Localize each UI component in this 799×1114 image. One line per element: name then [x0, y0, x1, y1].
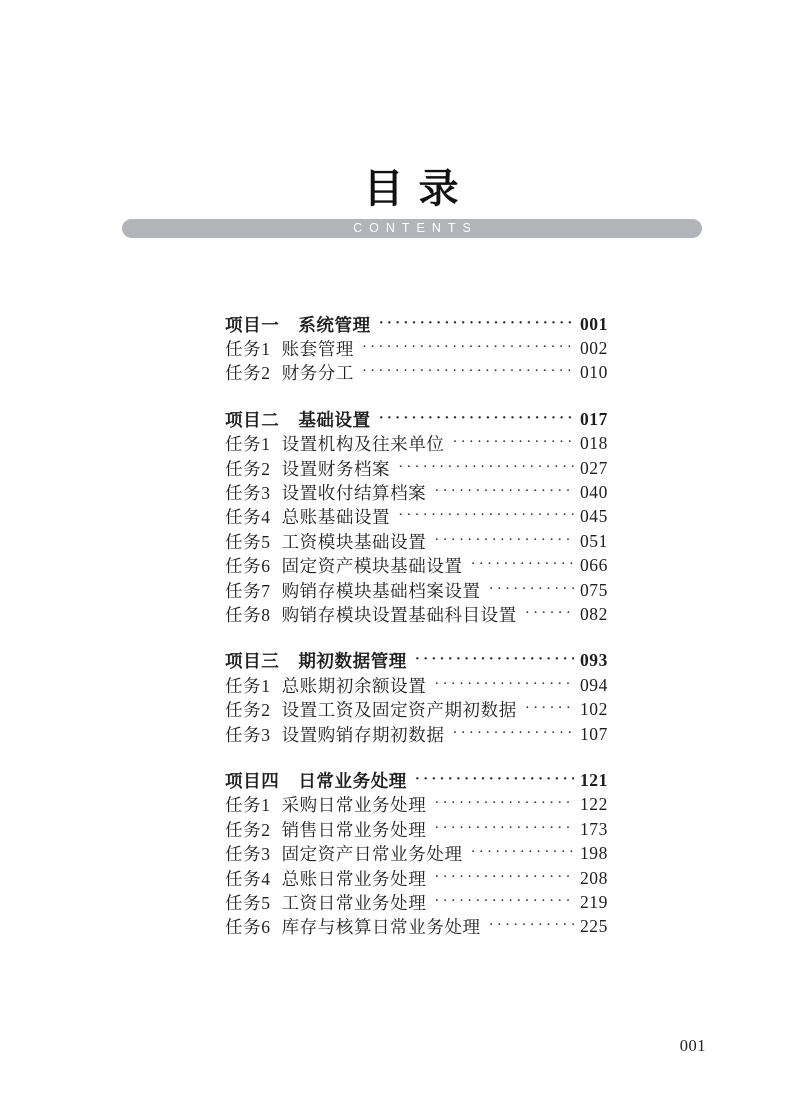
dot-leader: ········································… — [525, 606, 574, 621]
entry-page-number: 018 — [577, 433, 608, 454]
toc-item-row: 任务2财务分工·································… — [225, 361, 608, 385]
dot-leader: ········································… — [415, 772, 574, 787]
entry-title: 系统管理 — [298, 312, 370, 337]
contents-bar: CONTENTS — [122, 219, 702, 238]
dot-leader: ········································… — [398, 508, 574, 523]
entry-title: 总账期初余额设置 — [282, 673, 427, 698]
toc-item-row: 任务1采购日常业务处理·····························… — [225, 793, 608, 817]
toc-item-row: 任务3设置收付结算档案·····························… — [225, 480, 608, 504]
entry-page-number: 017 — [577, 409, 608, 430]
entry-page-number: 107 — [577, 724, 608, 745]
toc-item-row: 任务2设置财务档案·······························… — [225, 456, 608, 480]
entry-page-number: 225 — [577, 916, 608, 937]
entry-page-number: 051 — [577, 531, 608, 552]
entry-title: 总账基础设置 — [282, 504, 391, 529]
toc-item-row: 任务5工资日常业务处理·····························… — [225, 890, 608, 914]
dot-leader: ········································… — [434, 677, 574, 692]
entry-page-number: 219 — [577, 892, 608, 913]
entry-title: 基础设置 — [298, 407, 370, 432]
entry-page-number: 082 — [577, 604, 608, 625]
entry-page-number: 010 — [577, 362, 608, 383]
toc-item-row: 任务2销售日常业务处理·····························… — [225, 817, 608, 841]
dot-leader: ········································… — [434, 894, 574, 909]
page-title: 目 录 — [122, 166, 702, 212]
entry-title: 工资模块基础设置 — [282, 529, 427, 554]
entry-title: 购销存模块基础档案设置 — [282, 578, 481, 603]
entry-prefix: 任务2 — [225, 456, 271, 481]
entry-page-number: 001 — [577, 314, 608, 335]
toc-item-row: 任务5工资模块基础设置·····························… — [225, 529, 608, 553]
dot-leader: ········································… — [434, 484, 574, 499]
entry-title: 设置工资及固定资产期初数据 — [282, 697, 517, 722]
dot-leader: ········································… — [362, 364, 574, 379]
entry-title: 账套管理 — [282, 336, 354, 361]
entry-prefix: 项目四 — [225, 768, 279, 793]
entry-title: 固定资产日常业务处理 — [282, 841, 463, 866]
entry-page-number: 066 — [577, 555, 608, 576]
entry-title: 设置购销存期初数据 — [282, 722, 445, 747]
entry-prefix: 任务1 — [225, 336, 271, 361]
dot-leader: ········································… — [362, 340, 574, 355]
entry-title: 销售日常业务处理 — [282, 817, 427, 842]
entry-title: 设置收付结算档案 — [282, 480, 427, 505]
entry-prefix: 任务5 — [225, 529, 271, 554]
toc-header: 目 录 CONTENTS — [122, 166, 702, 238]
entry-prefix: 任务3 — [225, 722, 271, 747]
dot-leader: ········································… — [415, 652, 574, 667]
toc-item-row: 任务4总账基础设置·······························… — [225, 505, 608, 529]
dot-leader: ········································… — [434, 796, 574, 811]
toc-item-row: 任务7购销存模块基础档案设置··························… — [225, 578, 608, 602]
entry-page-number: 093 — [577, 650, 608, 671]
entry-title: 设置财务档案 — [282, 456, 391, 481]
entry-prefix: 任务3 — [225, 841, 271, 866]
dot-leader: ········································… — [452, 435, 574, 450]
dot-leader: ········································… — [471, 845, 574, 860]
entry-prefix: 任务6 — [225, 553, 271, 578]
toc-section: 项目四日常业务处理·······························… — [225, 768, 608, 939]
dot-leader: ········································… — [489, 582, 574, 597]
toc-section: 项目一系统管理·································… — [225, 312, 608, 385]
entry-prefix: 任务2 — [225, 817, 271, 842]
entry-page-number: 094 — [577, 675, 608, 696]
toc-heading-row: 项目四日常业务处理·······························… — [225, 768, 608, 792]
entry-prefix: 任务8 — [225, 602, 271, 627]
toc-section: 项目三期初数据管理·······························… — [225, 649, 608, 747]
entry-page-number: 075 — [577, 580, 608, 601]
entry-prefix: 任务1 — [225, 431, 271, 456]
entry-prefix: 任务5 — [225, 890, 271, 915]
entry-title: 日常业务处理 — [298, 768, 407, 793]
entry-page-number: 121 — [577, 770, 608, 791]
toc-heading-row: 项目二基础设置·································… — [225, 407, 608, 431]
entry-page-number: 102 — [577, 699, 608, 720]
dot-leader: ········································… — [379, 316, 574, 331]
entry-title: 总账日常业务处理 — [282, 866, 427, 891]
toc-heading-row: 项目三期初数据管理·······························… — [225, 649, 608, 673]
toc-item-row: 任务4总账日常业务处理·····························… — [225, 866, 608, 890]
entry-page-number: 198 — [577, 843, 608, 864]
entry-prefix: 任务1 — [225, 792, 271, 817]
page-number: 001 — [680, 1036, 706, 1056]
toc-item-row: 任务1总账期初余额设置·····························… — [225, 673, 608, 697]
entry-page-number: 045 — [577, 506, 608, 527]
entry-prefix: 项目二 — [225, 407, 279, 432]
entry-title: 期初数据管理 — [298, 648, 407, 673]
entry-prefix: 项目一 — [225, 312, 279, 337]
entry-title: 购销存模块设置基础科目设置 — [282, 602, 517, 627]
dot-leader: ········································… — [489, 918, 574, 933]
entry-title: 库存与核算日常业务处理 — [282, 914, 481, 939]
toc-item-row: 任务3设置购销存期初数据····························… — [225, 722, 608, 746]
dot-leader: ········································… — [434, 821, 574, 836]
dot-leader: ········································… — [379, 411, 574, 426]
toc-item-row: 任务2设置工资及固定资产期初数据························… — [225, 697, 608, 721]
entry-page-number: 208 — [577, 868, 608, 889]
entry-page-number: 173 — [577, 819, 608, 840]
entry-prefix: 任务1 — [225, 673, 271, 698]
entry-prefix: 任务7 — [225, 578, 271, 603]
entry-title: 设置机构及往来单位 — [282, 431, 445, 456]
toc-item-row: 任务1账套管理·································… — [225, 336, 608, 360]
toc-section: 项目二基础设置·································… — [225, 407, 608, 627]
entry-prefix: 任务2 — [225, 360, 271, 385]
toc-item-row: 任务1设置机构及往来单位····························… — [225, 432, 608, 456]
toc-item-row: 任务6固定资产模块基础设置···························… — [225, 554, 608, 578]
entry-title: 财务分工 — [282, 360, 354, 385]
entry-page-number: 027 — [577, 458, 608, 479]
entry-page-number: 040 — [577, 482, 608, 503]
toc-item-row: 任务6库存与核算日常业务处理··························… — [225, 915, 608, 939]
toc-heading-row: 项目一系统管理·································… — [225, 312, 608, 336]
entry-prefix: 项目三 — [225, 648, 279, 673]
entry-title: 工资日常业务处理 — [282, 890, 427, 915]
entry-page-number: 002 — [577, 338, 608, 359]
contents-subtitle: CONTENTS — [346, 219, 478, 238]
book-page: 目 录 CONTENTS 项目一系统管理····················… — [0, 0, 799, 1114]
dot-leader: ········································… — [434, 870, 574, 885]
entry-title: 采购日常业务处理 — [282, 792, 427, 817]
dot-leader: ········································… — [525, 701, 574, 716]
entry-prefix: 任务4 — [225, 866, 271, 891]
entry-prefix: 任务3 — [225, 480, 271, 505]
toc-item-row: 任务8购销存模块设置基础科目设置························… — [225, 602, 608, 626]
dot-leader: ········································… — [398, 460, 574, 475]
dot-leader: ········································… — [471, 557, 574, 572]
toc-list: 项目一系统管理·································… — [225, 312, 608, 961]
entry-title: 固定资产模块基础设置 — [282, 553, 463, 578]
entry-prefix: 任务2 — [225, 697, 271, 722]
entry-page-number: 122 — [577, 794, 608, 815]
toc-item-row: 任务3固定资产日常业务处理···························… — [225, 841, 608, 865]
entry-prefix: 任务4 — [225, 504, 271, 529]
entry-prefix: 任务6 — [225, 914, 271, 939]
dot-leader: ········································… — [452, 726, 574, 741]
dot-leader: ········································… — [434, 533, 574, 548]
